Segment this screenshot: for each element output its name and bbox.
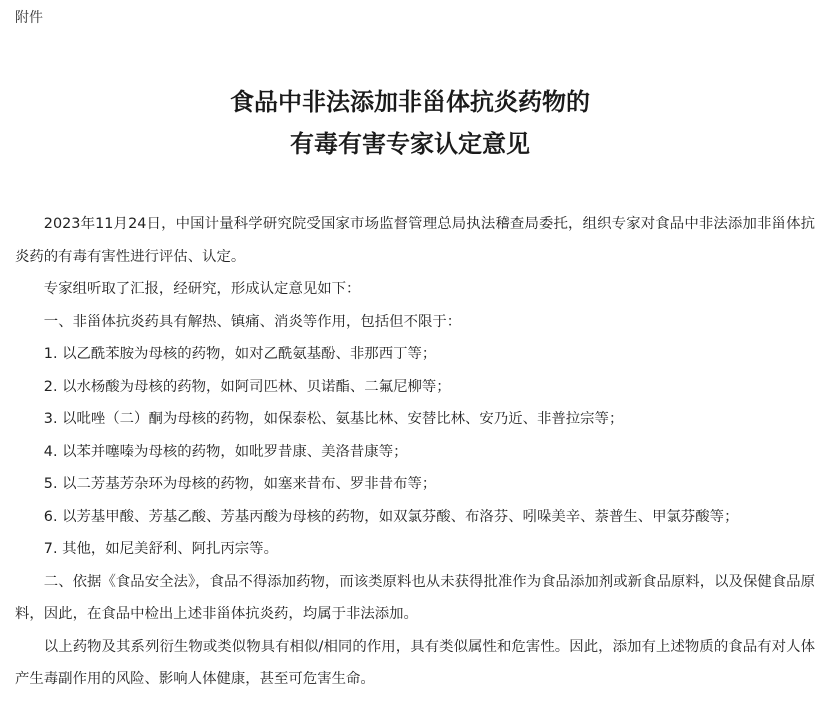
document-body: 2023年11月24日，中国计量科学研究院受国家市场监督管理总局执法稽查局委托，… xyxy=(15,208,815,696)
list-item-2: 2. 以水杨酸为母核的药物，如阿司匹林、贝诺酯、二氟尼柳等； xyxy=(15,371,815,404)
section-one-heading: 一、非甾体抗炎药具有解热、镇痛、消炎等作用，包括但不限于： xyxy=(15,306,815,339)
list-item-4: 4. 以苯并噻嗪为母核的药物，如吡罗昔康、美洛昔康等； xyxy=(15,436,815,469)
list-item-5: 5. 以二芳基芳杂环为母核的药物，如塞来昔布、罗非昔布等； xyxy=(15,468,815,501)
list-item-7: 7. 其他，如尼美舒利、阿扎丙宗等。 xyxy=(15,533,815,566)
document-page: 附件 食品中非法添加非甾体抗炎药物的 有毒有害专家认定意见 2023年11月24… xyxy=(0,0,820,727)
section-two-paragraph: 二、依据《食品安全法》，食品不得添加药物，而该类原料也从未获得批准作为食品添加剂… xyxy=(15,566,815,631)
list-item-1: 1. 以乙酰苯胺为母核的药物，如对乙酰氨基酚、非那西丁等； xyxy=(15,338,815,371)
paragraph-expert-opinion: 专家组听取了汇报，经研究，形成认定意见如下： xyxy=(15,273,815,306)
list-item-3: 3. 以吡唑（二）酮为母核的药物，如保泰松、氨基比林、安替比林、安乃近、非普拉宗… xyxy=(15,403,815,436)
list-item-6: 6. 以芳基甲酸、芳基乙酸、芳基丙酸为母核的药物，如双氯芬酸、布洛芬、吲哚美辛、… xyxy=(15,501,815,534)
conclusion-paragraph: 以上药物及其系列衍生物或类似物具有相似/相同的作用，具有类似属性和危害性。因此，… xyxy=(15,631,815,696)
document-title-line-2: 有毒有害专家认定意见 xyxy=(0,128,820,160)
paragraph-intro: 2023年11月24日，中国计量科学研究院受国家市场监督管理总局执法稽查局委托，… xyxy=(15,208,815,273)
attachment-label: 附件 xyxy=(15,9,43,27)
document-title-line-1: 食品中非法添加非甾体抗炎药物的 xyxy=(0,86,820,118)
